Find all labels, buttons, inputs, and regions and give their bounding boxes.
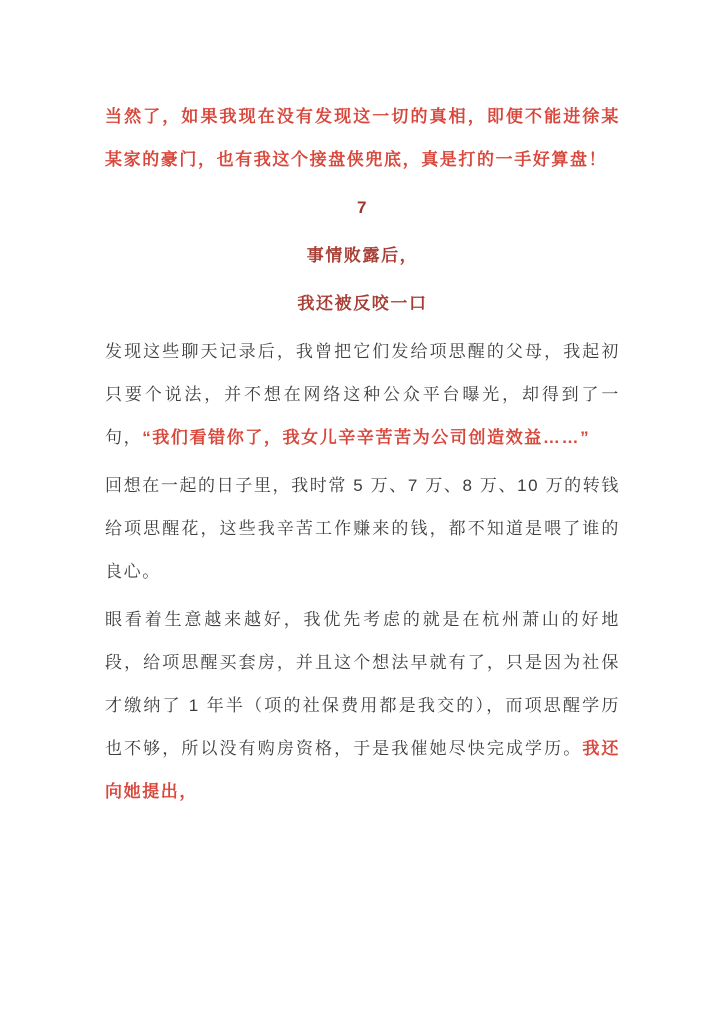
section-title-line1: 事情败露后， (105, 234, 620, 277)
body-paragraph-1-red-quote: “我们看错你了，我女儿辛辛苦苦为公司创造效益……” (142, 428, 590, 447)
section-title-line2: 我还被反咬一口 (105, 282, 620, 325)
body-paragraph-2: 回想在一起的日子里，我时常 5 万、7 万、8 万、10 万的转钱给项思醒花，这… (105, 464, 620, 593)
body-paragraph-3: 眼看着生意越来越好，我优先考虑的就是在杭州萧山的好地段，给项思醒买套房，并且这个… (105, 598, 620, 813)
body-paragraph-2-text: 回想在一起的日子里，我时常 5 万、7 万、8 万、10 万的转钱给项思醒花，这… (105, 476, 620, 581)
body-paragraph-1: 发现这些聊天记录后，我曾把它们发给项思醒的父母，我起初只要个说法，并不想在网络这… (105, 330, 620, 459)
lead-paragraph: 当然了，如果我现在没有发现这一切的真相，即便不能进徐某某家的豪门，也有我这个接盘… (105, 95, 620, 181)
body-paragraph-3-text: 眼看着生意越来越好，我优先考虑的就是在杭州萧山的好地段，给项思醒买套房，并且这个… (105, 610, 620, 758)
document-page: 当然了，如果我现在没有发现这一切的真相，即便不能进徐某某家的豪门，也有我这个接盘… (0, 0, 724, 1024)
section-number: 7 (105, 186, 620, 229)
